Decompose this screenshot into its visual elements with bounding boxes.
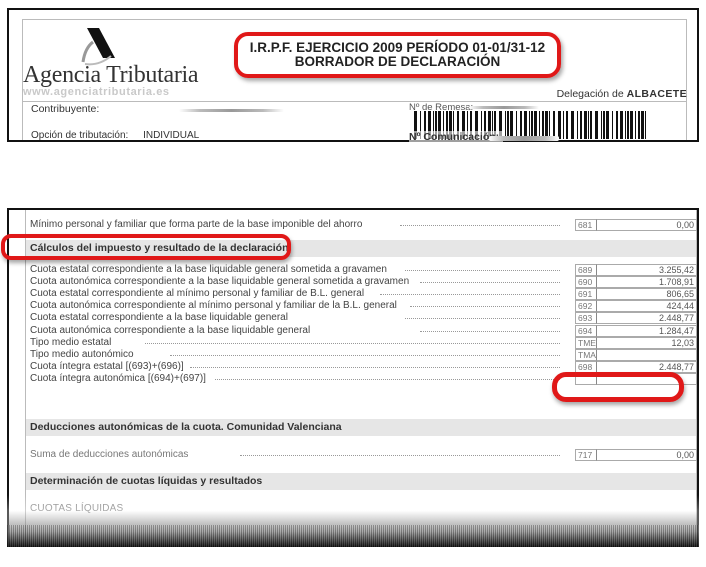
row-value: 0,00 [597,449,697,461]
leader-dots [420,282,560,283]
row-value: 424,44 [597,300,697,312]
row-label: Cuota estatal correspondiente al mínimo … [30,288,364,299]
row-value: 1.284,47 [597,325,697,337]
form-row-693: Cuota estatal correspondiente a la base … [30,312,696,325]
row-code: 689 [575,264,597,276]
calculos-section-highlight [1,234,291,260]
leader-dots [380,294,560,295]
leader-dots [405,270,560,271]
divider [22,101,687,102]
row-value: 2.448,77 [597,312,697,324]
delegacion: Delegación de ALBACETE [557,88,687,100]
opcion-tributacion: Opción de tributación: INDIVIDUAL [31,130,199,141]
form-row-692: Cuota autonómica correspondiente al míni… [30,300,696,313]
opcion-value: INDIVIDUAL [143,130,199,141]
row-label: Cuota íntegra autonómica [(694)+(697)] [30,373,206,384]
leader-dots [190,367,560,368]
row-code: 692 [575,300,597,312]
row-label: Suma de deducciones autonómicas [30,449,188,460]
row-code: 690 [575,276,597,288]
row-label: Cuota íntegra estatal [(693)+(696)] [30,361,184,372]
opcion-label: Opción de tributación: [31,130,128,141]
logo-url: www.agenciatributaria.es [23,86,170,98]
bottom-fade-texture [7,525,699,547]
row-label: Cuota estatal correspondiente a la base … [30,264,387,275]
form-row-tme: Tipo medio estatalTME12,03 [30,337,696,350]
agencia-tributaria-logo: Agencia Tributaria www.agenciatributaria… [21,28,141,98]
section-determinacion: Determinación de cuotas líquidas y resul… [26,473,696,490]
contribuyente-label: Contribuyente: [31,103,99,115]
delegacion-prefix: Delegación de [557,88,624,100]
row-label: Mínimo personal y familiar que forma par… [30,219,362,230]
row-label: Cuota autonómica correspondiente a la ba… [30,325,310,336]
row-value: 0,00 [597,219,697,231]
row-code: TMA [575,349,597,361]
delegacion-name: ALBACETE [627,88,687,100]
row-label: Tipo medio estatal [30,337,111,348]
comunicacion-value-redacted [489,136,559,141]
form-row-tma: Tipo medio autonómicoTMA [30,349,696,362]
leader-dots [215,379,560,380]
leader-dots [410,306,560,307]
leader-dots [145,343,560,344]
section-deducciones: Deducciones autonómicas de la cuota. Com… [26,419,696,436]
row-label: Cuota estatal correspondiente a la base … [30,312,288,323]
leader-dots [420,331,560,332]
form-row-717: Suma de deducciones autonómicas 717 0,00 [30,449,696,462]
row-value: 2.448,77 [597,361,697,373]
declaration-header-panel: Agencia Tributaria www.agenciatributaria… [7,8,699,142]
row-code: 698 [575,361,597,373]
row-code: 681 [575,219,597,231]
leader-dots [400,225,560,226]
row-code: 717 [575,449,597,461]
row-code: TME [575,337,597,349]
form-row-689: Cuota estatal correspondiente a la base … [30,264,696,277]
row-value: 806,65 [597,288,697,300]
row-value [597,349,697,361]
form-row-691: Cuota estatal correspondiente al mínimo … [30,288,696,301]
cuota-integra-estatal-highlight [552,372,684,402]
form-row-694: Cuota autonómica correspondiente a la ba… [30,325,696,338]
row-code: 694 [575,325,597,337]
row-label: Cuota autonómica correspondiente a la ba… [30,276,409,287]
leader-dots [405,318,560,319]
leader-dots [240,455,560,456]
row-value: 1.708,91 [597,276,697,288]
form-row-681: Mínimo personal y familiar que forma par… [30,219,696,232]
contribuyente-name-redacted [179,109,284,112]
logo-name: Agencia Tributaria [23,62,198,89]
remesa-value-redacted [469,106,539,109]
declaration-title-line2: BORRADOR DE DECLARACIÓN [238,55,557,69]
leader-dots [170,355,560,356]
row-label: Tipo medio autonómico [30,349,134,360]
row-code: 691 [575,288,597,300]
form-row-690: Cuota autonómica correspondiente a la ba… [30,276,696,289]
declaration-title-line1: I.R.P.F. EJERCICIO 2009 PERÍODO 01-01/31… [238,41,557,55]
row-code: 693 [575,312,597,324]
row-label: Cuota autonómica correspondiente al míni… [30,300,397,311]
agencia-logo-mark-icon [77,28,117,66]
row-value: 12,03 [597,337,697,349]
row-value: 3.255,42 [597,264,697,276]
declaration-title-highlight: I.R.P.F. EJERCICIO 2009 PERÍODO 01-01/31… [234,32,561,78]
